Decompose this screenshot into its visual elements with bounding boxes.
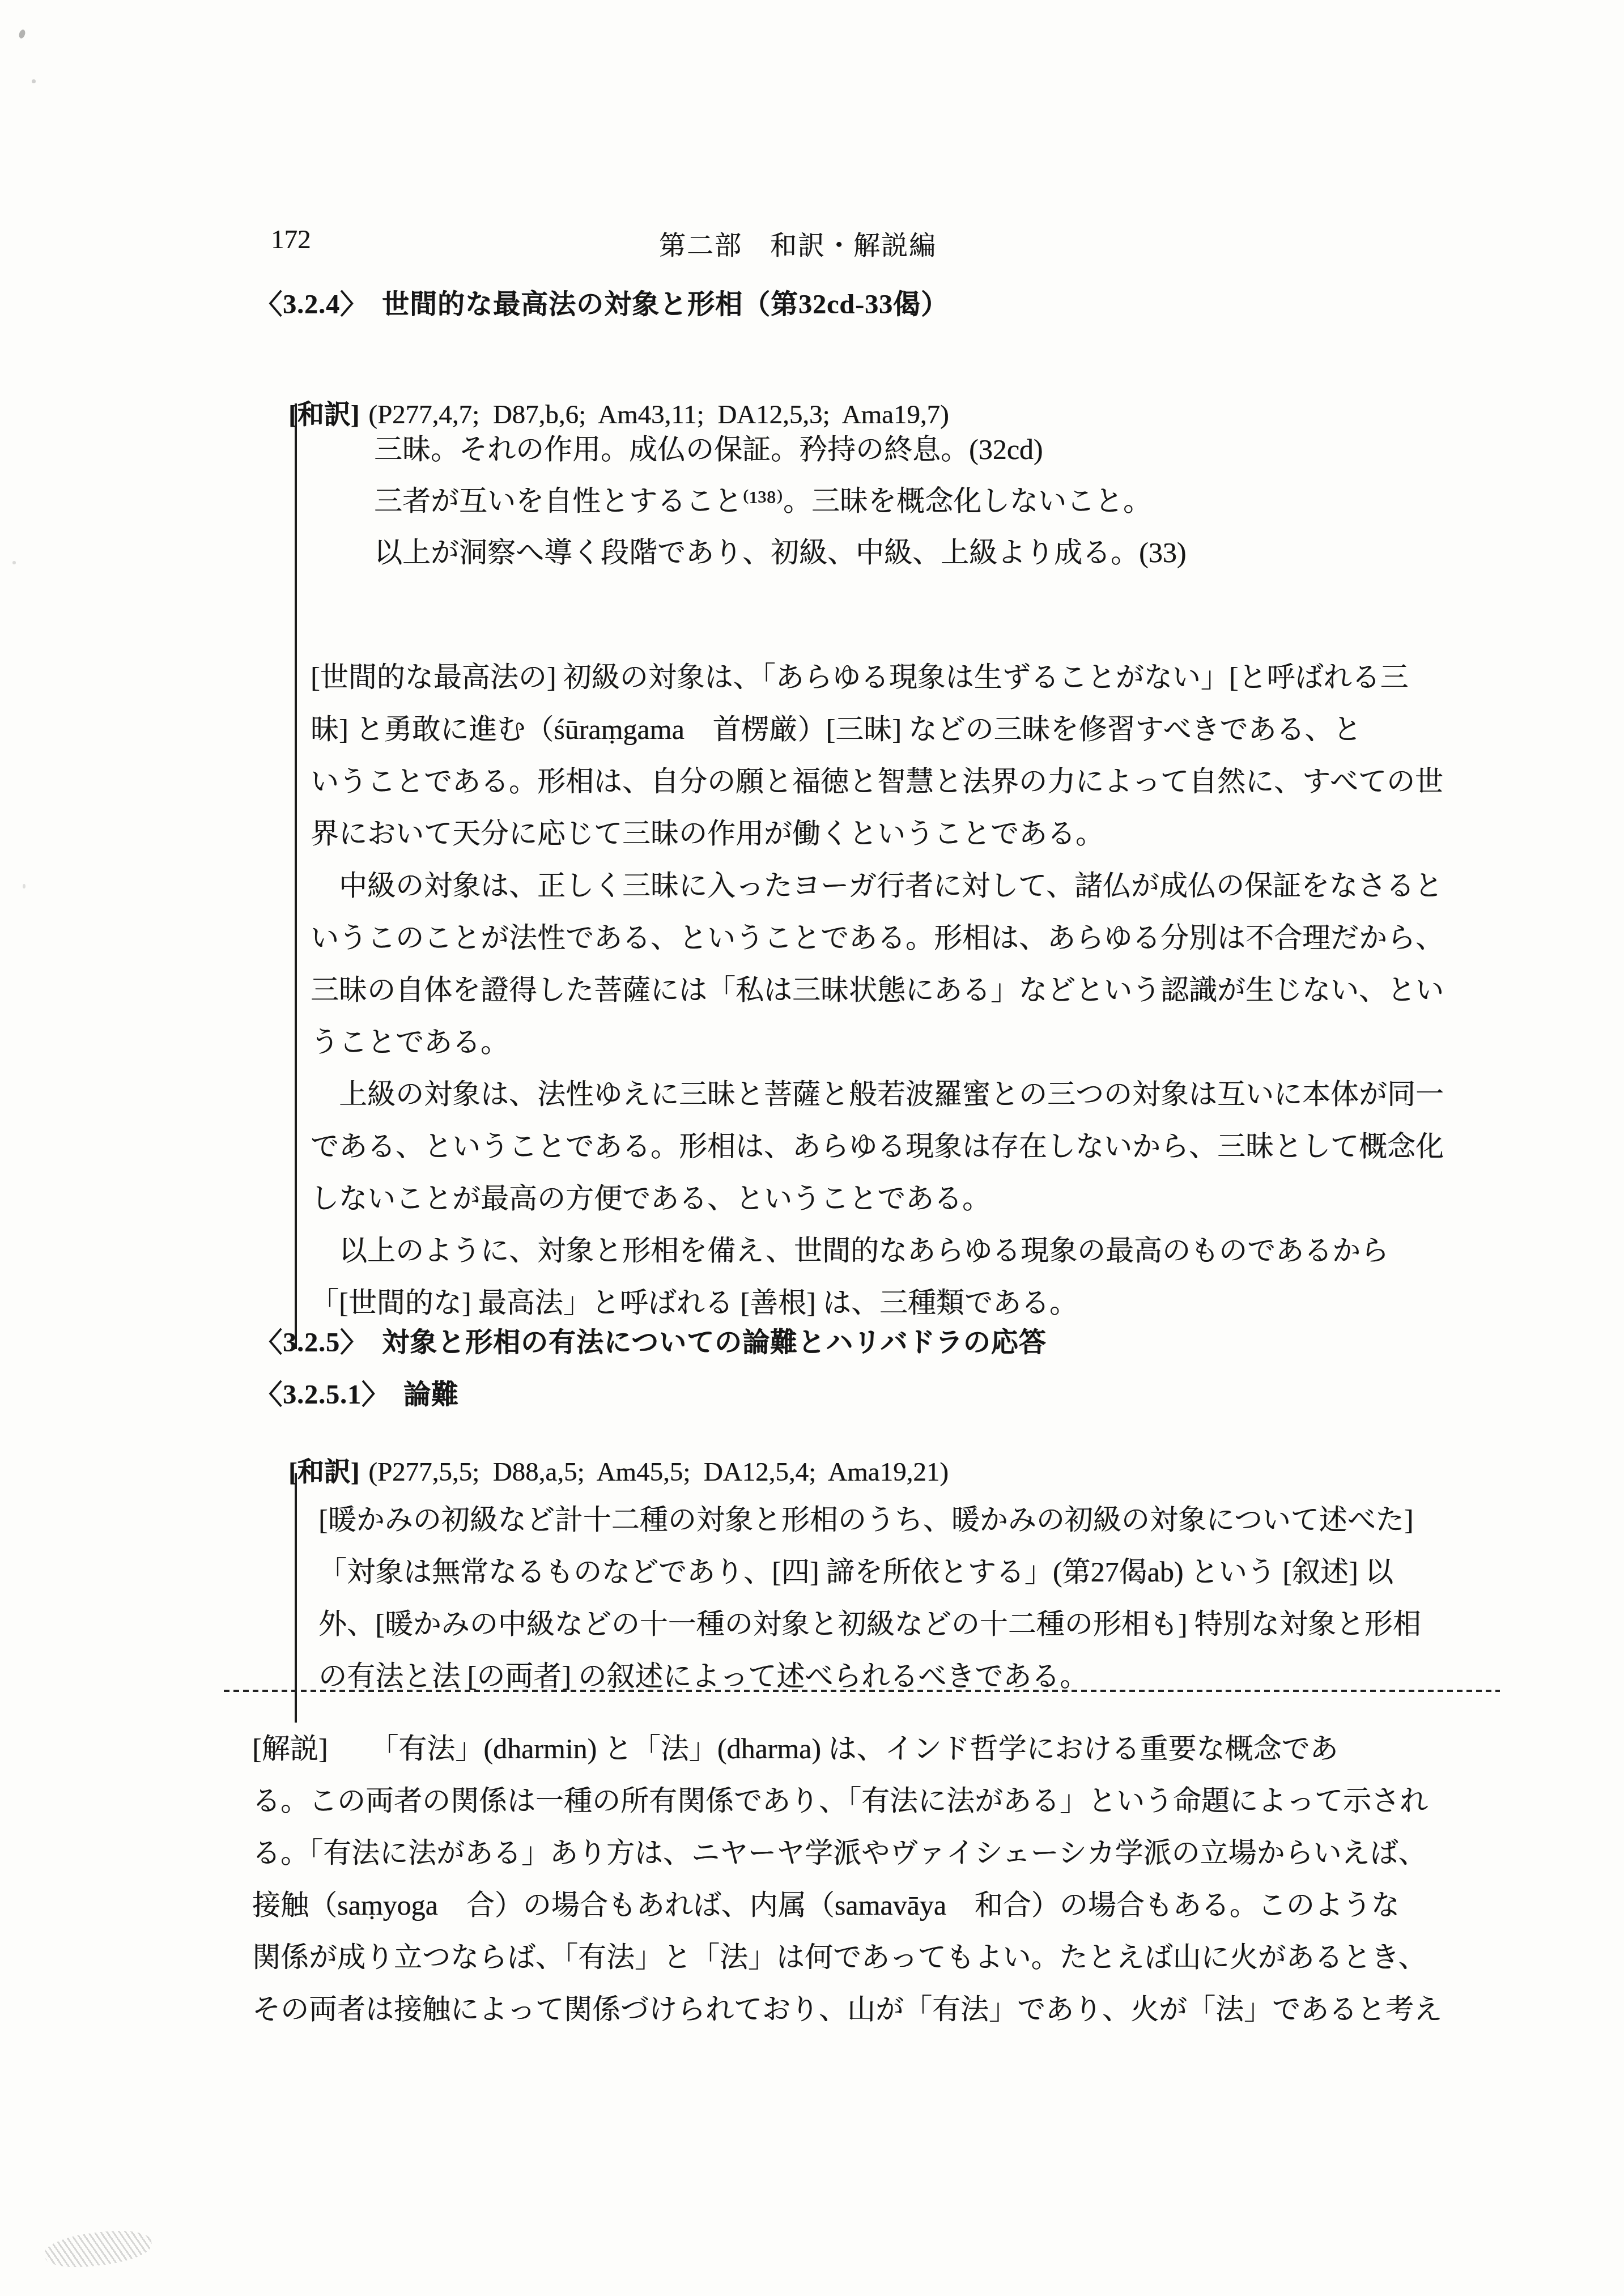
pencil-smudge — [42, 2226, 154, 2272]
text-line: である、ということである。形相は、あらゆる現象は存在しないから、三昧として概念化 — [311, 1120, 1512, 1172]
text-line: 中級の対象は、正しく三昧に入ったヨーガ行者に対して、諸仏が成仏の保証をなさると — [311, 860, 1512, 912]
text-line: る。「有法に法がある」あり方は、ニヤーヤ学派やヴァイシェーシカ学派の立場からいえ… — [252, 1827, 1442, 1879]
scan-speck — [23, 884, 25, 888]
text-line: 以上が洞察へ導く段階であり、初級、中級、上級より成る。(33) — [374, 527, 1512, 579]
text-line: 界において天分に応じて三昧の作用が働くということである。 — [311, 807, 1512, 860]
translation-block-3-2-5-1: [暖かみの初級など計十二種の対象と形相のうち、暖かみの初級の対象について述べた]… — [295, 1473, 1520, 1723]
scan-speck — [18, 29, 27, 39]
section-3-2-5-1-heading: 〈3.2.5.1〉 論難 — [255, 1372, 459, 1411]
text-line: 外、[暖かみの中級などの十一種の対象と初級などの十二種の形相も] 特別な対象と形… — [318, 1598, 1520, 1650]
running-title: 第二部 和訳・解説編 — [659, 224, 937, 262]
text-line: [暖かみの初級など計十二種の対象と形相のうち、暖かみの初級の対象について述べた] — [318, 1494, 1520, 1546]
text-line: うことである。 — [311, 1016, 1512, 1068]
text-line: 昧] と勇敢に進む（śūraṃgama 首楞厳）[三昧] などの三昧を修習すべき… — [311, 703, 1512, 755]
text-line: 関係が成り立つならば、「有法」と「法」は何であってもよい。たとえば山に火があると… — [252, 1931, 1442, 1983]
scan-speck — [12, 561, 16, 564]
text-line: [解説] 「有法」(dharmin) と「法」(dharma) は、インド哲学に… — [252, 1723, 1442, 1775]
verse-32cd-33: 三昧。それの作用。成仏の保証。矜持の終息。(32cd)三者が互いを自性とすること… — [311, 424, 1512, 579]
section-3-2-4-heading: 〈3.2.4〉 世間的な最高法の対象と形相（第32cd-33偈） — [255, 282, 949, 321]
text-line: の有法と法 [の両者] の叙述によって述べられるべきである。 — [318, 1650, 1520, 1702]
scanned-document-page: 172 第二部 和訳・解説編 〈3.2.4〉 世間的な最高法の対象と形相（第32… — [0, 0, 1624, 2296]
text-line: その両者は接触によって関係づけられており、山が「有法」であり、火が「法」であると… — [252, 1983, 1442, 2035]
text-line: る。この両者の関係は一種の所有関係であり、「有法に法がある」という命題によって示… — [252, 1775, 1442, 1827]
objection-quote-lines: [暖かみの初級など計十二種の対象と形相のうち、暖かみの初級の対象について述べた]… — [318, 1494, 1520, 1702]
text-line: [世間的な最高法の] 初級の対象は、「あらゆる現象は生ずることがない」[と呼ばれ… — [311, 651, 1512, 703]
text-line: しないことが最高の方便である、ということである。 — [311, 1172, 1512, 1224]
text-line: 三者が互いを自性とすること⁽¹³⁸⁾。三昧を概念化しないこと。 — [374, 475, 1512, 527]
translation-block-3-2-4: 三昧。それの作用。成仏の保証。矜持の終息。(32cd)三者が互いを自性とすること… — [295, 403, 1512, 1349]
text-line: 上級の対象は、法性ゆえに三昧と菩薩と般若波羅蜜との三つの対象は互いに本体が同一 — [311, 1068, 1512, 1120]
text-line: いうこのことが法性である、ということである。形相は、あらゆる分別は不合理だから、 — [311, 912, 1512, 964]
page-number: 172 — [271, 224, 311, 255]
text-line: 「対象は無常なるものなどであり、[四] 諦を所依とする」(第27偈ab) という… — [318, 1546, 1520, 1598]
commentary-section: [解説] 「有法」(dharmin) と「法」(dharma) は、インド哲学に… — [252, 1723, 1442, 2035]
text-line: 接触（saṃyoga 合）の場合もあれば、内属（samavāya 和合）の場合も… — [252, 1879, 1442, 1931]
text-line: 三昧。それの作用。成仏の保証。矜持の終息。(32cd) — [374, 424, 1512, 475]
scan-speck — [32, 79, 36, 83]
section-3-2-5-heading: 〈3.2.5〉 対象と形相の有法についての論難とハリバドラの応答 — [255, 1320, 1047, 1359]
text-line: 三昧の自体を證得した菩薩には「私は三昧状態にある」などという認識が生じない、とい — [311, 964, 1512, 1016]
dashed-separator — [224, 1690, 1500, 1692]
text-line: いうことである。形相は、自分の願と福徳と智慧と法界の力によって自然に、すべての世 — [311, 755, 1512, 807]
text-line: 以上のように、対象と形相を備え、世間的なあらゆる現象の最高のものであるから — [311, 1224, 1512, 1277]
translation-paragraphs: [世間的な最高法の] 初級の対象は、「あらゆる現象は生ずることがない」[と呼ばれ… — [311, 651, 1512, 1329]
